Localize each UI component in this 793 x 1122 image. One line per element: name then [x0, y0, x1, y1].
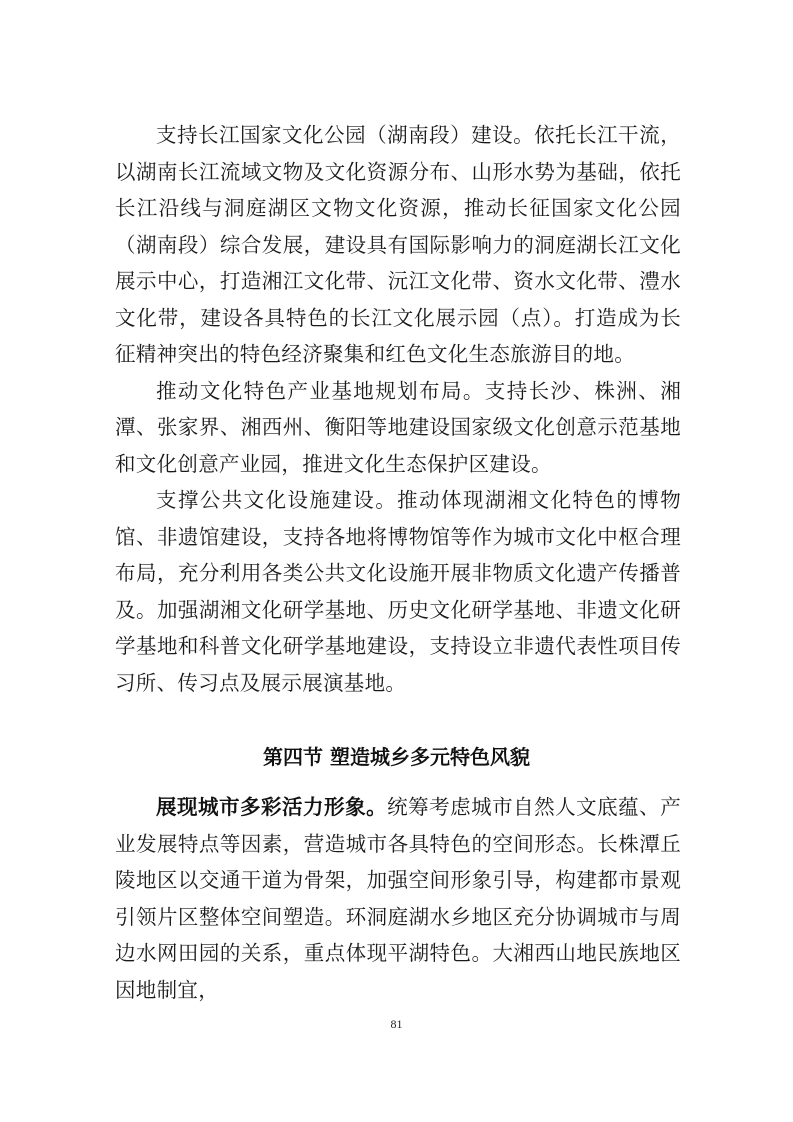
section-body: 展现城市多彩活力形象。统筹考虑城市自然人文底蕴、产业发展特点等因素，营造城市各具… [115, 789, 681, 1008]
paragraph-public-cultural-facilities: 支撑公共文化设施建设。推动体现湖湘文化特色的博物馆、非遗馆建设，支持各地将博物馆… [115, 482, 681, 701]
paragraph-text: 统筹考虑城市自然人文底蕴、产业发展特点等因素，营造城市各具特色的空间形态。长株潭… [115, 795, 681, 1002]
paragraph-yangtze-cultural-park: 支持长江国家文化公园（湖南段）建设。依托长江干流，以湖南长江流域文物及文化资源分… [115, 117, 681, 373]
paragraph-urban-image: 展现城市多彩活力形象。统筹考虑城市自然人文底蕴、产业发展特点等因素，营造城市各具… [115, 789, 681, 1008]
document-body: 支持长江国家文化公园（湖南段）建设。依托长江干流，以湖南长江流域文物及文化资源分… [115, 117, 681, 701]
paragraph-text: 支持长江国家文化公园（湖南段）建设。依托长江干流，以湖南长江流域文物及文化资源分… [115, 123, 681, 366]
paragraph-cultural-industry-bases: 推动文化特色产业基地规划布局。支持长沙、株洲、湘潭、张家界、湘西州、衡阳等地建设… [115, 373, 681, 483]
paragraph-lead: 展现城市多彩活力形象。 [156, 795, 387, 819]
document-page: 支持长江国家文化公园（湖南段）建设。依托长江干流，以湖南长江流域文物及文化资源分… [0, 0, 793, 1122]
paragraph-text: 推动文化特色产业基地规划布局。支持长沙、株洲、湘潭、张家界、湘西州、衡阳等地建设… [115, 379, 681, 476]
page-number: 81 [0, 1017, 793, 1032]
paragraph-text: 支撑公共文化设施建设。推动体现湖湘文化特色的博物馆、非遗馆建设，支持各地将博物馆… [115, 488, 681, 695]
section-heading: 第四节 塑造城乡多元特色风貌 [0, 741, 793, 770]
